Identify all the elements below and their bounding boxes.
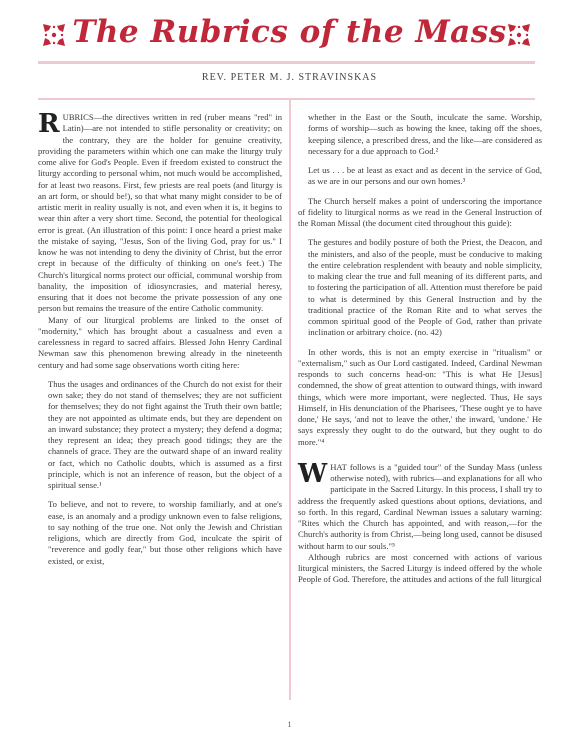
block-quote: Let us . . . be at least as exact and as… <box>308 165 542 188</box>
author-byline: REV. PETER M. J. STRAVINSKAS <box>0 72 579 83</box>
paragraph: Many of our liturgical problems are link… <box>38 315 282 371</box>
page-number: 1 <box>0 720 579 729</box>
paragraph: WHAT follows is a "guided tour" of the S… <box>298 462 542 552</box>
title-rule <box>38 61 535 64</box>
right-column: whether in the East or the South, inculc… <box>298 112 542 586</box>
block-quote: whether in the East or the South, inculc… <box>308 112 542 157</box>
lead-in: UBRICS <box>63 112 94 122</box>
page-title: The Rubrics of the Mass <box>0 14 579 50</box>
drop-cap: W <box>298 463 327 485</box>
drop-cap: R <box>38 113 60 135</box>
byline-rule <box>38 98 535 100</box>
paragraph-text: —the directives written in red (ruber me… <box>38 112 282 313</box>
paragraph: The Church herself makes a point of unde… <box>298 196 542 230</box>
block-quote: Thus the usages and ordinances of the Ch… <box>48 379 282 492</box>
lead-in: HAT <box>330 462 347 472</box>
block-quote: To believe, and not to revere, to worshi… <box>48 499 282 567</box>
column-divider <box>289 100 291 700</box>
paragraph-text: follows is a "guided tour" of the Sunday… <box>298 462 542 551</box>
paragraph: RUBRICS—the directives written in red (r… <box>38 112 282 315</box>
paragraph: Although rubrics are most concerned with… <box>298 552 542 586</box>
left-column: RUBRICS—the directives written in red (r… <box>38 112 282 575</box>
paragraph: In other words, this is not an empty exe… <box>298 347 542 448</box>
block-quote: The gestures and bodily posture of both … <box>308 237 542 338</box>
